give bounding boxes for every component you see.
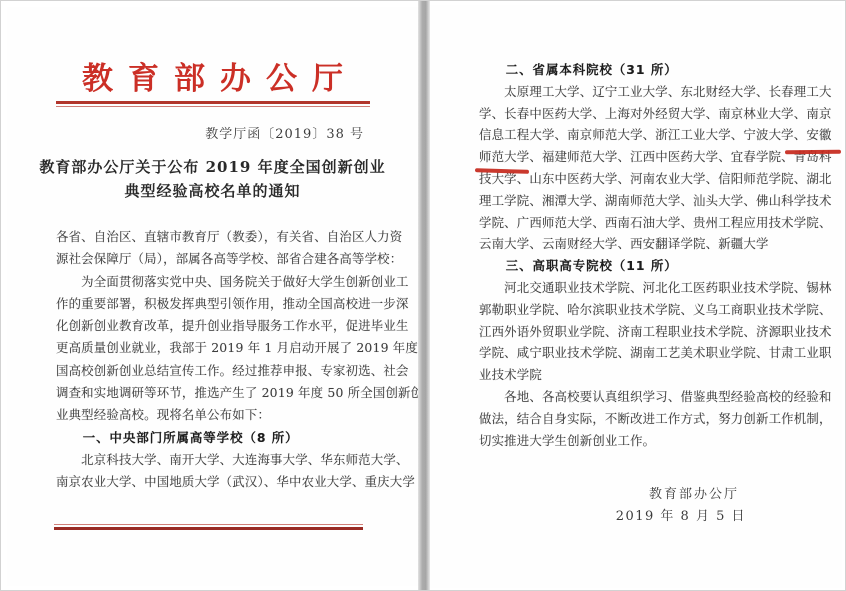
page2-body: 二、省属本科院校（31 所） 太原理工大学、辽宁工业大学、东北财经大学、长春理工… <box>479 59 829 451</box>
doc-text-line: 做法，结合自身实际，不断改进工作方式，努力创新工作机制， <box>479 408 829 430</box>
document-title-line1: 教育部办公厅关于公布 2019 年度全国创新创业 <box>7 155 418 179</box>
letterhead-red-rule <box>56 101 370 107</box>
doc-text-line: 云南大学、云南财经大学、西安翻译学院、新疆大学 <box>479 233 829 255</box>
red-underline-annotation-anhui <box>785 150 841 155</box>
doc-text-line: 各地、各高校要认真组织学习、借鉴典型经验高校的经验和 <box>479 386 829 408</box>
doc-text-line: 太原理工大学、辽宁工业大学、东北财经大学、长春理工大 <box>479 81 829 103</box>
document-title-line2: 典型经验高校名单的通知 <box>7 179 418 203</box>
doc-text-line: 学、长春中医药大学、上海对外经贸大学、南京林业大学、南京 <box>479 103 829 125</box>
doc-text-line: 学院、咸宁职业技术学院、湖南工艺美术职业学院、甘肃工业职 <box>479 342 829 364</box>
doc-text-line: 郭勒职业学院、哈尔滨职业技术学院、义乌工商职业技术学院、 <box>479 299 829 321</box>
doc-text-line: 各省、自治区、直辖市教育厅（教委），有关省、自治区人力资 <box>56 226 412 248</box>
doc-heading-line: 二、省属本科院校（31 所） <box>479 59 829 81</box>
doc-text-line: 更高质量创业就业，我部于 2019 年 1 月启动开展了 2019 年度全 <box>56 337 412 359</box>
doc-text-line: 学院、广西师范大学、西南石油大学、贵州工程应用技术学院、 <box>479 212 829 234</box>
issue-date: 2019 年 8 月 5 日 <box>430 505 746 524</box>
document-page-2: 二、省属本科院校（31 所） 太原理工大学、辽宁工业大学、东北财经大学、长春理工… <box>430 5 842 588</box>
doc-text-line: 作的重要部署，积极发挥典型引领作用，推动全国高校进一步深 <box>56 293 412 315</box>
doc-heading-line: 三、高职高专院校（11 所） <box>479 255 829 277</box>
doc-text-line: 北京科技大学、南开大学、大连海事大学、华东师范大学、 <box>56 449 412 471</box>
scanned-document-viewer: 教育部办公厅 教学厅函〔2019〕38 号 教育部办公厅关于公布 2019 年度… <box>0 0 846 591</box>
doc-text-line: 技大学、山东中医药大学、河南农业大学、信阳师范学院、湖北 <box>479 168 829 190</box>
doc-text-line: 业典型经验高校。现将名单公布如下： <box>56 404 412 426</box>
doc-text-line: 师范大学、福建师范大学、江西中医药大学、宜春学院、青岛科 <box>479 146 829 168</box>
document-title: 教育部办公厅关于公布 2019 年度全国创新创业 典型经验高校名单的通知 <box>7 155 418 203</box>
doc-text-line: 源社会保障厅（局），部属各高等学校、部省合建各高等学校： <box>56 248 412 270</box>
doc-text-line: 河北交通职业技术学院、河北化工医药职业技术学院、锡林 <box>479 277 829 299</box>
doc-text-line: 南京农业大学、中国地质大学（武汉）、华中农业大学、重庆大学 <box>56 471 412 493</box>
document-number: 教学厅函〔2019〕38 号 <box>205 123 364 142</box>
document-page-1: 教育部办公厅 教学厅函〔2019〕38 号 教育部办公厅关于公布 2019 年度… <box>7 7 418 586</box>
page1-body: 各省、自治区、直辖市教育厅（教委），有关省、自治区人力资源社会保障厅（局），部属… <box>56 226 412 494</box>
doc-text-line: 切实推进大学生创新创业工作。 <box>479 430 829 452</box>
page-divider <box>418 1 430 591</box>
issuer-signature: 教育部办公厅 <box>430 483 739 502</box>
doc-text-line: 信息工程大学、南京师范大学、浙江工业大学、宁波大学、安徽 <box>479 124 829 146</box>
doc-text-line: 为全面贯彻落实党中央、国务院关于做好大学生创新创业工 <box>56 271 412 293</box>
doc-text-line: 国高校创新创业总结宣传工作。经过推荐申报、专家初选、社会 <box>56 360 412 382</box>
doc-heading-line: 一、中央部门所属高等学校（8 所） <box>56 427 412 449</box>
doc-text-line: 调查和实地调研等环节，推选产生了 2019 年度 50 所全国创新创 <box>56 382 412 404</box>
letterhead-title: 教育部办公厅 <box>7 53 418 98</box>
doc-text-line: 江西外语外贸职业学院、济南工程职业技术学院、济源职业技术 <box>479 321 829 343</box>
doc-text-line: 理工学院、湘潭大学、湖南师范大学、汕头大学、佛山科学技术 <box>479 190 829 212</box>
doc-text-line: 化创新创业教育改革，提升创业指导服务工作水平，促进毕业生 <box>56 315 412 337</box>
footer-red-rule <box>54 524 363 530</box>
doc-text-line: 业技术学院 <box>479 364 829 386</box>
